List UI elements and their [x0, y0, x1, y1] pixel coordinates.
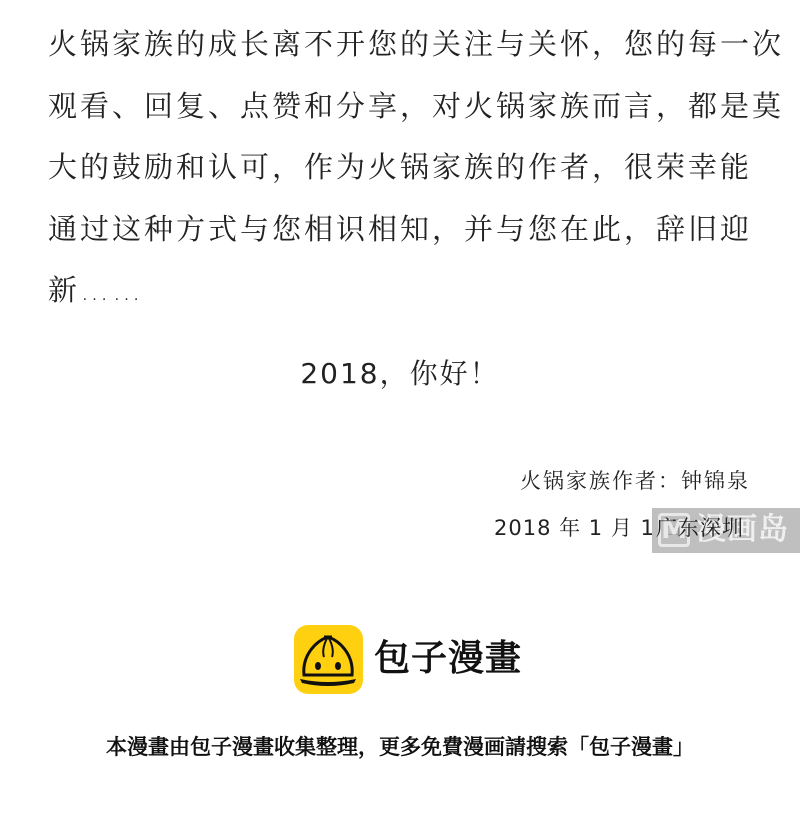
message-line: 新…… — [48, 260, 758, 322]
bun-icon — [294, 625, 363, 694]
signature-location: 广东深圳 — [656, 512, 744, 542]
footer-notice: 本漫畫由包子漫畫收集整理，更多免費漫画請搜索「包子漫畫」 — [0, 732, 800, 762]
message-line: 火锅家族的成长离不开您的关注与关怀，您的每一次 — [48, 14, 758, 76]
author-signature: 火锅家族作者：钟锦泉 — [520, 465, 750, 495]
baozi-logo-icon — [294, 625, 363, 694]
message-line: 观看、回复、点赞和分享，对火锅家族而言，都是莫 — [48, 76, 758, 138]
message-line: 大的鼓励和认可，作为火锅家族的作者，很荣幸能 — [48, 137, 758, 199]
new-year-greeting: 2018，你好！ — [0, 352, 800, 392]
author-message: 火锅家族的成长离不开您的关注与关怀，您的每一次 观看、回复、点赞和分享，对火锅家… — [48, 14, 758, 322]
brand-name: 包子漫畫 — [374, 637, 522, 681]
message-line: 通过这种方式与您相识相知，并与您在此，辞旧迎 — [48, 199, 758, 261]
